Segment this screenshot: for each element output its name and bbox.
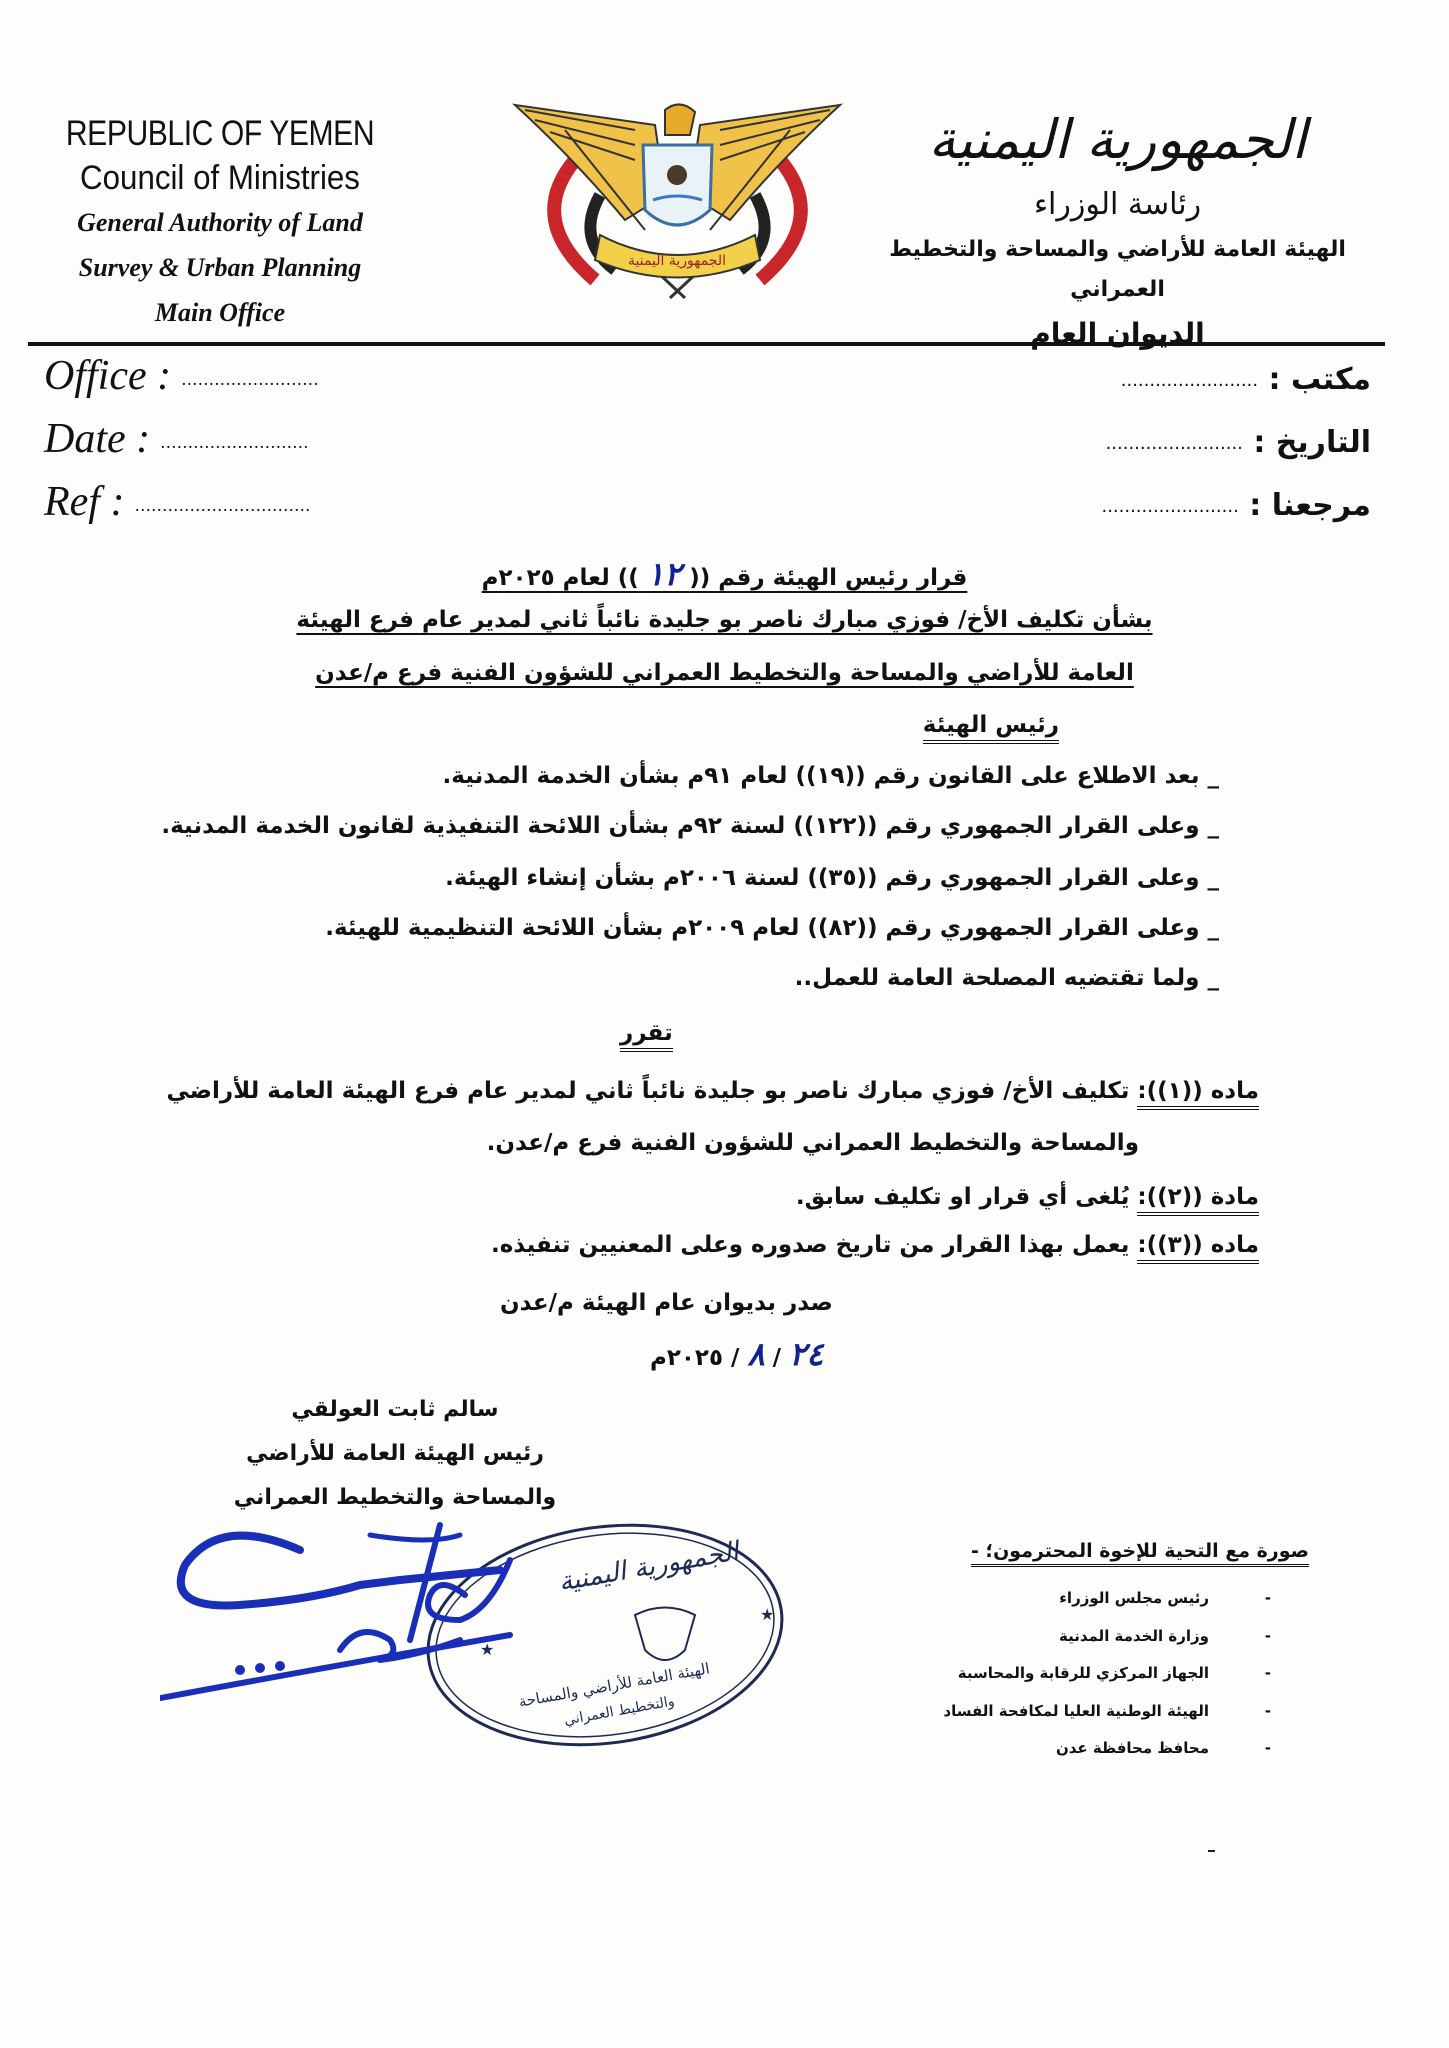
ref-label-arabic: مرجعنا : bbox=[1249, 488, 1371, 523]
article-2: مادة ((٢)): يُلغى أي قرار او تكليف سابق. bbox=[796, 1184, 1259, 1210]
date-label-arabic: التاريخ : bbox=[1253, 425, 1371, 460]
copy-recipient: -وزارة الخدمة المدنية bbox=[943, 1618, 1209, 1656]
ref-field-arabic: مرجعنا : ........................ bbox=[1101, 488, 1371, 523]
office-name-arabic: الديوان العام bbox=[840, 310, 1395, 358]
authority-name-arabic: الهيئة العامة للأراضي والمساحة والتخطيط … bbox=[840, 230, 1395, 310]
issue-year: ٢٠٢٥م bbox=[650, 1345, 723, 1371]
decision-title: قرار رئيس الهيئة رقم (( ١٢ )) لعام ٢٠٢٥م bbox=[0, 555, 1449, 593]
preamble-item: _ بعد الاطلاع على القانون رقم ((١٩)) لعا… bbox=[443, 763, 1219, 789]
ref-value-arabic: ........................ bbox=[1101, 496, 1238, 517]
office-value: ......................... bbox=[182, 369, 320, 389]
signatory-title-line1: رئيس الهيئة العامة للأراضي bbox=[180, 1432, 610, 1476]
handwritten-signature-icon bbox=[160, 1520, 680, 1720]
copies-heading: صورة مع التحية للإخوة المحترمون؛ - bbox=[971, 1540, 1309, 1567]
issued-at: صدر بديوان عام الهيئة م/عدن bbox=[500, 1290, 833, 1316]
issue-date: ٢٤ / ٨ / ٢٠٢٥م bbox=[650, 1335, 823, 1373]
country-name: REPUBLIC OF YEMEN bbox=[57, 112, 384, 156]
ref-value: ................................ bbox=[135, 495, 311, 515]
article-3: ماده ((٣)): يعمل بهذا القرار من تاريخ صد… bbox=[491, 1232, 1259, 1258]
office-label: Office : bbox=[44, 353, 171, 399]
copy-recipient: -الهيئة الوطنية العليا لمكافحة الفساد bbox=[943, 1693, 1209, 1731]
article-label: مادة ((٢)): bbox=[1137, 1184, 1259, 1216]
office-label-arabic: مكتب : bbox=[1269, 362, 1371, 397]
article-text: يعمل بهذا القرار من تاريخ صدوره وعلى الم… bbox=[491, 1232, 1129, 1258]
office-field-arabic: مكتب : ........................ bbox=[1121, 362, 1371, 397]
decision-number: ١٢ bbox=[647, 555, 681, 593]
article-label: ماده ((١)): bbox=[1137, 1078, 1259, 1110]
yemen-emblem-icon: الجمهورية اليمنية bbox=[505, 100, 850, 300]
council-name-arabic: رئاسة الوزراء bbox=[840, 180, 1395, 230]
preamble-item: _ وعلى القرار الجمهوري رقم ((٣٥)) لسنة ٢… bbox=[445, 865, 1219, 891]
office-name: Main Office bbox=[30, 290, 410, 335]
copy-recipient: -محافظ محافظة عدن bbox=[943, 1730, 1209, 1768]
ref-field: Ref : ................................ bbox=[44, 478, 311, 526]
svg-text:★: ★ bbox=[760, 1605, 774, 1624]
decision-subject-line1: بشأن تكليف الأخ/ فوزي مبارك ناصر بو جليد… bbox=[0, 607, 1449, 633]
council-name: Council of Ministries bbox=[45, 156, 395, 200]
date-field-arabic: التاريخ : ........................ bbox=[1106, 425, 1371, 460]
arabic-letterhead: الجمهورية اليمنية رئاسة الوزراء الهيئة ا… bbox=[840, 100, 1395, 358]
svg-text:الجمهورية اليمنية: الجمهورية اليمنية bbox=[628, 253, 726, 269]
country-name-arabic: الجمهورية اليمنية bbox=[840, 100, 1395, 180]
english-letterhead: REPUBLIC OF YEMEN Council of Ministries … bbox=[30, 112, 410, 335]
date-label: Date : bbox=[44, 416, 150, 462]
header-divider bbox=[28, 342, 1385, 346]
article-label: ماده ((٣)): bbox=[1137, 1232, 1259, 1264]
authority-name-line1: General Authority of Land bbox=[30, 200, 410, 245]
article-text: تكليف الأخ/ فوزي مبارك ناصر بو جليدة نائ… bbox=[167, 1078, 1130, 1104]
article-1: ماده ((١)): تكليف الأخ/ فوزي مبارك ناصر … bbox=[167, 1078, 1259, 1104]
ref-label: Ref : bbox=[44, 479, 124, 525]
preamble-item: _ وعلى القرار الجمهوري رقم ((٨٢)) لعام ٢… bbox=[325, 915, 1219, 941]
copy-recipient: -الجهاز المركزي للرقابة والمحاسبة bbox=[943, 1655, 1209, 1693]
date-field: Date : ........................... bbox=[44, 415, 309, 463]
preamble-item: _ ولما تقتضيه المصلحة العامة للعمل.. bbox=[795, 965, 1219, 991]
signatory-block: سالم ثابت العولقي رئيس الهيئة العامة للأ… bbox=[180, 1388, 610, 1520]
date-value-arabic: ........................ bbox=[1106, 433, 1243, 454]
article-text: يُلغى أي قرار او تكليف سابق. bbox=[796, 1184, 1130, 1210]
signatory-name: سالم ثابت العولقي bbox=[180, 1388, 610, 1432]
copies-list: -رئيس مجلس الوزراء -وزارة الخدمة المدنية… bbox=[943, 1580, 1209, 1768]
decision-title-prefix: قرار رئيس الهيئة رقم (( bbox=[689, 565, 967, 591]
office-value-arabic: ........................ bbox=[1121, 370, 1258, 391]
issue-month: ٨ bbox=[747, 1335, 764, 1373]
copy-recipient: -رئيس مجلس الوزراء bbox=[943, 1580, 1209, 1618]
authority-name-line2: Survey & Urban Planning bbox=[30, 245, 410, 290]
decision-title-suffix: )) لعام ٢٠٢٥م bbox=[482, 565, 639, 591]
stray-dash-mark bbox=[1208, 1850, 1215, 1852]
date-value: ........................... bbox=[161, 432, 310, 452]
decides-heading: تقرر bbox=[620, 1020, 673, 1046]
article-1-continuation: والمساحة والتخطيط العمراني للشؤون الفنية… bbox=[487, 1130, 1139, 1156]
decision-subject-line2: العامة للأراضي والمساحة والتخطيط العمران… bbox=[0, 660, 1449, 686]
office-field: Office : ......................... bbox=[44, 352, 319, 400]
preamble-item: _ وعلى القرار الجمهوري رقم ((١٢٢)) لسنة … bbox=[161, 813, 1219, 839]
signatory-title-line2: والمساحة والتخطيط العمراني bbox=[180, 1476, 610, 1520]
authority-heading: رئيس الهيئة bbox=[923, 712, 1059, 738]
issue-day: ٢٤ bbox=[789, 1335, 823, 1373]
